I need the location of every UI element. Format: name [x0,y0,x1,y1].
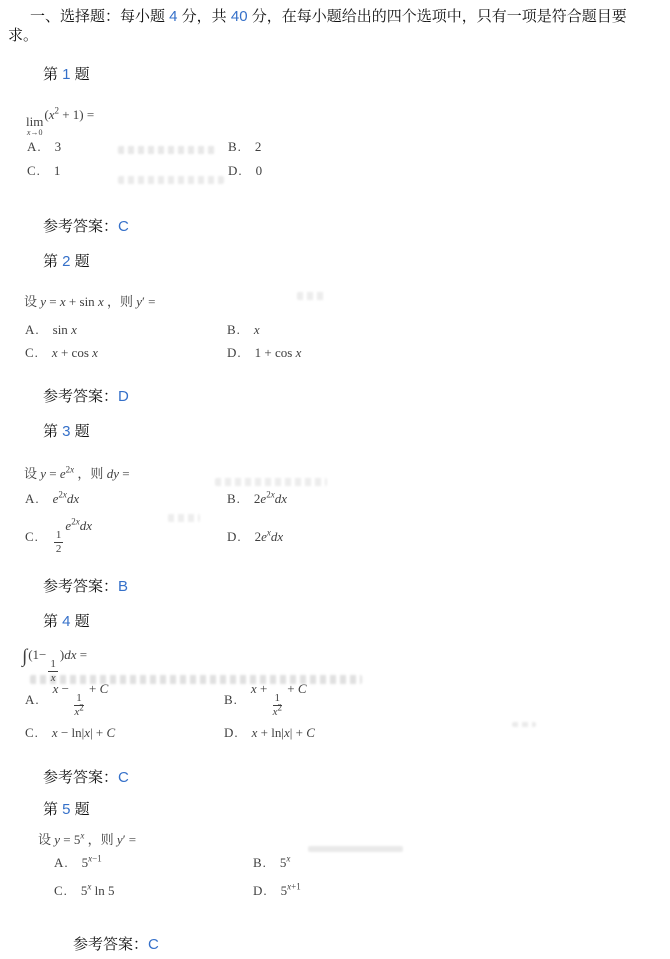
question-stem: 设 y = 5x ，则 y′ = [38,829,136,848]
exam-page: { "header": { "line1": "一、选择题：每小题 4 分，共 … [0,0,670,959]
scan-artifact [215,478,327,486]
option-math: x + 1x2 + C [251,681,307,718]
question-stem: limx→0(x2 + 1) = [26,107,94,137]
question-options: A.sin xB.xC.x + cos xD.1 + cos x [25,322,301,361]
option-math: 1 + cos x [255,345,302,361]
option-label: D. [228,163,243,179]
question-title: 第 1 题 [43,63,90,84]
answer-label: 参考答案： [43,218,118,235]
scan-artifact [512,722,536,727]
option-c: C.x − ln|x| + C [25,725,224,741]
option-label: A. [54,855,69,871]
option-a: A.5x−1 [54,855,253,871]
scan-artifact [308,846,403,852]
option-label: B. [228,139,242,155]
option-label: B. [227,322,241,338]
question-title: 第 4 题 [43,610,90,631]
option-math: x − ln|x| + C [52,725,115,741]
option-label: C. [27,163,41,179]
question-title: 第 3 题 [43,420,90,441]
option-label: D. [227,529,242,545]
option-label: A. [27,139,42,155]
option-b: B.2e2xdx [227,491,287,507]
option-math: 5x [280,855,291,871]
option-label: D. [224,725,239,741]
answer-label: 参考答案： [43,578,118,595]
option-label: C. [25,345,39,361]
option-a: A.x − 1x2 + C [25,681,224,718]
scan-artifact [297,292,327,300]
option-row: A.3B.2 [27,139,262,155]
question-title: 第 2 题 [43,250,90,271]
answer-value: D [118,388,129,405]
question-stem: 设 y = e2x ，则 dy = [24,463,130,482]
option-label: B. [224,692,238,708]
option-row: C.x − ln|x| + CD.x + ln|x| + C [25,725,315,741]
option-math: 0 [256,163,263,179]
option-a: A.e2xdx [25,491,227,507]
option-math: sin x [53,322,77,338]
option-math: 2 [255,139,262,155]
option-d: D.5x+1 [253,883,301,899]
option-math: x − 1x2 + C [53,681,109,718]
option-label: A. [25,491,40,507]
option-math: 2e2xdx [254,491,287,507]
answer-label: 参考答案： [73,936,148,953]
option-label: C. [25,529,39,545]
option-c: C.5x ln 5 [54,883,253,899]
option-b: B.x [227,322,301,338]
option-label: C. [54,883,68,899]
option-math: e2xdx [53,491,80,507]
option-row: A.5x−1B.5x [54,855,301,871]
option-row: C.1D.0 [27,163,262,179]
instructions-line-2: 求。 [8,26,668,45]
option-c: C.x + cos x [25,345,227,361]
answer-line: 参考答案：B [43,575,128,596]
option-row: A.sin xB.x [25,322,301,338]
option-label: D. [227,345,242,361]
option-label: D. [253,883,268,899]
section-instructions: 一、选择题：每小题 4 分，共 40 分，在每小题给出的四个选项中，只有一项是符… [8,7,668,45]
answer-value: C [118,218,129,235]
option-d: D.x + ln|x| + C [224,725,315,741]
option-d: D.2exdx [227,529,287,545]
option-b: B.2 [228,139,262,155]
option-b: B.x + 1x2 + C [224,681,315,718]
option-math: 5x−1 [82,855,102,871]
question-stem: ∫(1−1x)dx = [22,647,87,684]
question-title: 第 5 题 [43,798,90,819]
question-options: A.3B.2C.1D.0 [27,139,262,179]
answer-line: 参考答案：C [43,766,129,787]
answer-line: 参考答案：C [43,215,129,236]
option-a: A.3 [27,139,228,155]
option-row: A.e2xdxB.2e2xdx [25,491,287,507]
option-label: B. [227,491,241,507]
option-a: A.sin x [25,322,227,338]
option-d: D.1 + cos x [227,345,301,361]
answer-line: 参考答案：D [43,385,129,406]
option-label: A. [25,692,40,708]
answer-label: 参考答案： [43,388,118,405]
option-math: 3 [55,139,62,155]
question-options: A.e2xdxB.2e2xdxC.12e2xdxD.2exdx [25,491,287,555]
option-c: C.12e2xdx [25,518,227,555]
option-row: C.x + cos xD.1 + cos x [25,345,301,361]
option-math: 2exdx [255,529,284,545]
option-math: x + ln|x| + C [252,725,315,741]
option-math: 12e2xdx [52,518,92,555]
question-options: A.5x−1B.5xC.5x ln 5D.5x+1 [54,855,301,899]
answer-value: C [118,769,129,786]
answer-value: C [148,936,159,953]
option-b: B.5x [253,855,301,871]
answer-label: 参考答案： [43,769,118,786]
option-row: C.5x ln 5D.5x+1 [54,883,301,899]
option-row: C.12e2xdxD.2exdx [25,518,287,555]
option-math: x [254,322,260,338]
instructions-line-1: 一、选择题：每小题 4 分，共 40 分，在每小题给出的四个选项中，只有一项是符… [8,7,668,26]
option-d: D.0 [228,163,262,179]
option-math: 5x ln 5 [81,883,115,899]
option-math: 1 [54,163,61,179]
option-math: 5x+1 [281,883,301,899]
option-c: C.1 [27,163,228,179]
option-label: C. [25,725,39,741]
question-stem: 设 y = x + sin x ，则 y′ = [24,291,155,310]
option-label: A. [25,322,40,338]
option-math: x + cos x [52,345,98,361]
answer-line: 参考答案：C [73,933,159,954]
option-label: B. [253,855,267,871]
answer-value: B [118,578,128,595]
option-row: A.x − 1x2 + CB.x + 1x2 + C [25,681,315,718]
question-options: A.x − 1x2 + CB.x + 1x2 + CC.x − ln|x| + … [25,681,315,741]
